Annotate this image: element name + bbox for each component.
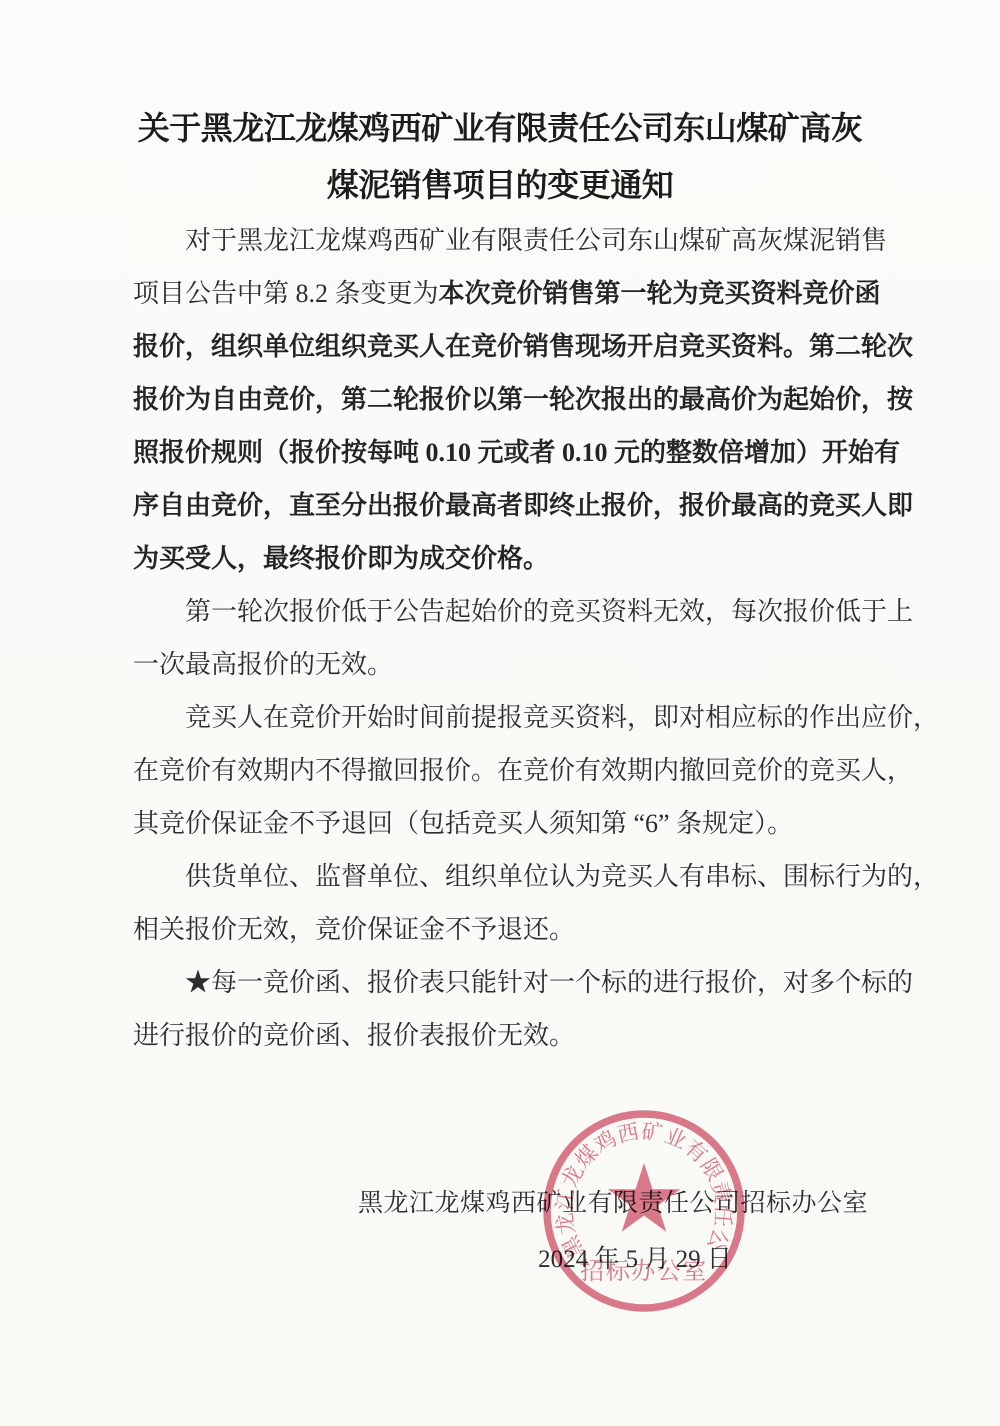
document-page: 关于黑龙江龙煤鸡西矿业有限责任公司东山煤矿高灰 煤泥销售项目的变更通知 对于黑龙… bbox=[0, 0, 1000, 1426]
body-line: 供货单位、监督单位、组织单位认为竞买人有串标、围标行为的， bbox=[133, 850, 870, 903]
body-line: 相关报价无效，竞价保证金不予退还。 bbox=[133, 903, 870, 956]
body-line: 一次最高报价的无效。 bbox=[133, 638, 870, 691]
paragraph-2: 第一轮次报价低于公告起始价的竞买资料无效，每次报价低于上 一次最高报价的无效。 bbox=[133, 585, 870, 691]
body-line: 照报价规则（报价按每吨 0.10 元或者 0.10 元的整数倍增加）开始有 bbox=[133, 426, 870, 479]
body-text-bold: 本次竞价销售第一轮为竞买资料竞价函 bbox=[439, 279, 881, 308]
body-line: 进行报价的竞价函、报价表报价无效。 bbox=[133, 1009, 870, 1062]
body-line: 其竞价保证金不予退回（包括竞买人须知第 “6” 条规定）。 bbox=[133, 797, 870, 850]
paragraph-3: 竞买人在竞价开始时间前提报竞买资料，即对相应标的作出应价， 在竞价有效期内不得撤… bbox=[133, 691, 870, 850]
body-line: 对于黑龙江龙煤鸡西矿业有限责任公司东山煤矿高灰煤泥销售 bbox=[133, 214, 870, 267]
paragraph-1: 对于黑龙江龙煤鸡西矿业有限责任公司东山煤矿高灰煤泥销售 项目公告中第 8.2 条… bbox=[133, 214, 870, 585]
body-line: 在竞价有效期内不得撤回报价。在竞价有效期内撤回竞价的竞买人， bbox=[133, 744, 870, 797]
body-line: ★每一竞价函、报价表只能针对一个标的进行报价，对多个标的 bbox=[133, 956, 870, 1009]
paragraph-4: 供货单位、监督单位、组织单位认为竞买人有串标、围标行为的， 相关报价无效，竞价保… bbox=[133, 850, 870, 956]
body-line: 第一轮次报价低于公告起始价的竞买资料无效，每次报价低于上 bbox=[133, 585, 870, 638]
body-line: 序自由竞价，直至分出报价最高者即终止报价，报价最高的竞买人即 bbox=[133, 479, 870, 532]
body-line: 为买受人，最终报价即为成交价格。 bbox=[133, 532, 870, 585]
body-line: 报价，组织单位组织竞买人在竞价销售现场开启竞买资料。第二轮次 bbox=[133, 320, 870, 373]
document-title: 关于黑龙江龙煤鸡西矿业有限责任公司东山煤矿高灰 煤泥销售项目的变更通知 bbox=[0, 100, 1000, 214]
document-title-line-2: 煤泥销售项目的变更通知 bbox=[0, 157, 1000, 214]
document-body: 对于黑龙江龙煤鸡西矿业有限责任公司东山煤矿高灰煤泥销售 项目公告中第 8.2 条… bbox=[133, 214, 870, 1062]
body-line: 报价为自由竞价，第二轮报价以第一轮次报出的最高价为起始价，按 bbox=[133, 373, 870, 426]
document-title-line-1: 关于黑龙江龙煤鸡西矿业有限责任公司东山煤矿高灰 bbox=[0, 100, 1000, 157]
body-text-regular: 项目公告中第 8.2 条变更为 bbox=[133, 279, 439, 308]
seal-star-icon bbox=[608, 1163, 680, 1232]
official-seal: 黑龙江龙煤鸡西矿业有限责任公司 招标办公室 bbox=[539, 1106, 749, 1316]
body-line: 竞买人在竞价开始时间前提报竞买资料，即对相应标的作出应价， bbox=[133, 691, 870, 744]
body-line: 项目公告中第 8.2 条变更为本次竞价销售第一轮为竞买资料竞价函 bbox=[133, 267, 870, 320]
seal-office-text: 招标办公室 bbox=[580, 1258, 708, 1285]
paragraph-5: ★每一竞价函、报价表只能针对一个标的进行报价，对多个标的 进行报价的竞价函、报价… bbox=[133, 956, 870, 1062]
